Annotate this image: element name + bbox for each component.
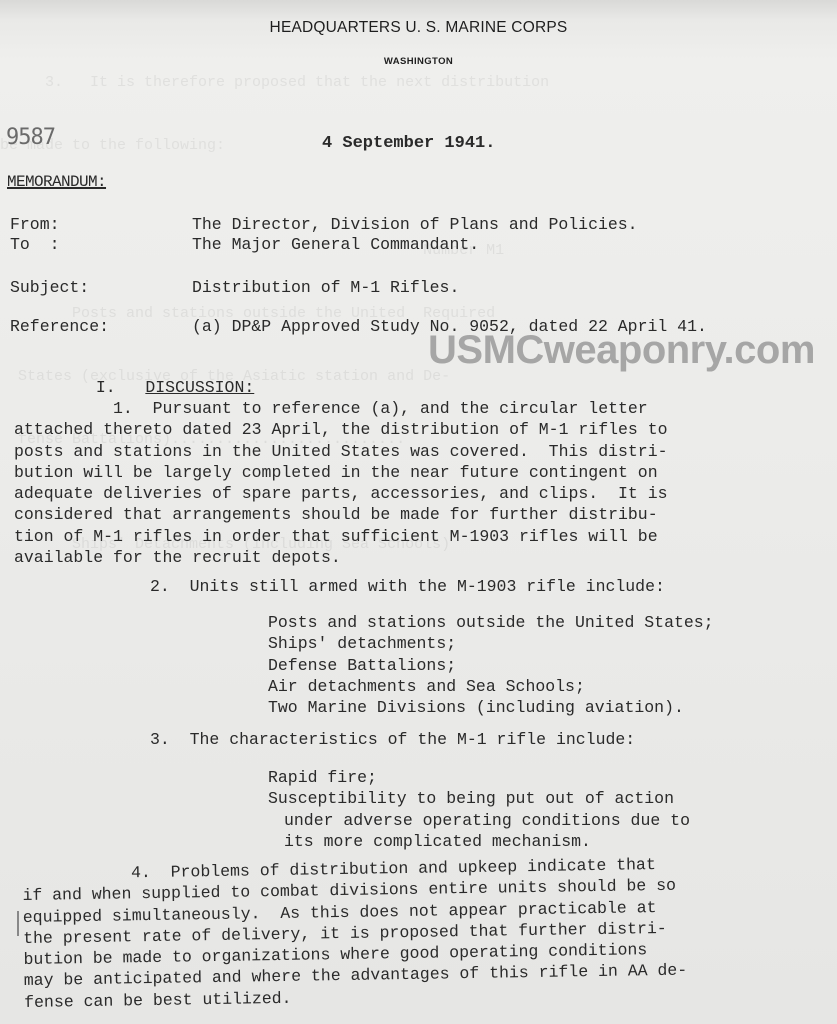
paragraph-3-list: Rapid fire; Susceptibility to being put … (268, 767, 690, 852)
paragraph-line: posts and stations in the United States … (14, 441, 824, 462)
from-value: The Director, Division of Plans and Poli… (192, 214, 638, 235)
to-label: To : (10, 234, 60, 255)
section-number: I. (96, 378, 116, 397)
list-item: Two Marine Divisions (including aviation… (268, 697, 714, 718)
reference-label: Reference: (10, 316, 109, 337)
paragraph-1: 1. Pursuant to reference (a), and the ci… (14, 398, 824, 568)
paragraph-4: 4. Problems of distribution and upkeep i… (22, 851, 834, 1013)
list-item: Rapid fire; (268, 767, 690, 788)
paragraph-2-intro: 2. Units still armed with the M-1903 rif… (150, 576, 665, 597)
to-value: The Major General Commandant. (192, 234, 479, 255)
section-heading: I. DISCUSSION: (76, 356, 254, 398)
paragraph-line: available for the recruit depots. (14, 547, 824, 568)
list-item: Ships' detachments; (268, 633, 714, 654)
letterhead-location: WASHINGTON (0, 56, 837, 67)
list-item: Air detachments and Sea Schools; (268, 676, 714, 697)
memo-label: MEMORANDUM: (7, 172, 106, 193)
paragraph-line: adequate deliveries of spare parts, acce… (14, 483, 824, 504)
bleedthrough-line: 3. It is therefore proposed that the nex… (0, 72, 837, 93)
document-number: 9587 (6, 127, 55, 148)
paragraph-line: tion of M-1 rifles in order that suffici… (14, 526, 824, 547)
paragraph-line: considered that arrangements should be m… (14, 504, 824, 525)
list-item-continuation: under adverse operating conditions due t… (268, 810, 690, 831)
subject-value: Distribution of M-1 Rifles. (192, 277, 459, 298)
paragraph-line: bution will be largely completed in the … (14, 462, 824, 483)
list-item: Susceptibility to being put out of actio… (268, 788, 690, 809)
from-label: From: (10, 214, 60, 235)
section-title: DISCUSSION: (145, 378, 254, 397)
watermark: USMCweaponry.com (428, 328, 815, 373)
list-item: Defense Battalions; (268, 655, 714, 676)
list-item-continuation: its more complicated mechanism. (268, 831, 690, 852)
margin-mark (17, 911, 19, 936)
list-item: Posts and stations outside the United St… (268, 612, 714, 633)
paragraph-2-list: Posts and stations outside the United St… (268, 612, 714, 718)
subject-label: Subject: (10, 277, 89, 298)
paragraph-3-intro: 3. The characteristics of the M-1 rifle … (150, 729, 635, 750)
memo-date: 4 September 1941. (322, 133, 495, 154)
paragraph-line: 1. Pursuant to reference (a), and the ci… (14, 398, 824, 419)
letterhead-title: HEADQUARTERS U. S. MARINE CORPS (0, 19, 837, 37)
paragraph-line: attached thereto dated 23 April, the dis… (14, 419, 824, 440)
